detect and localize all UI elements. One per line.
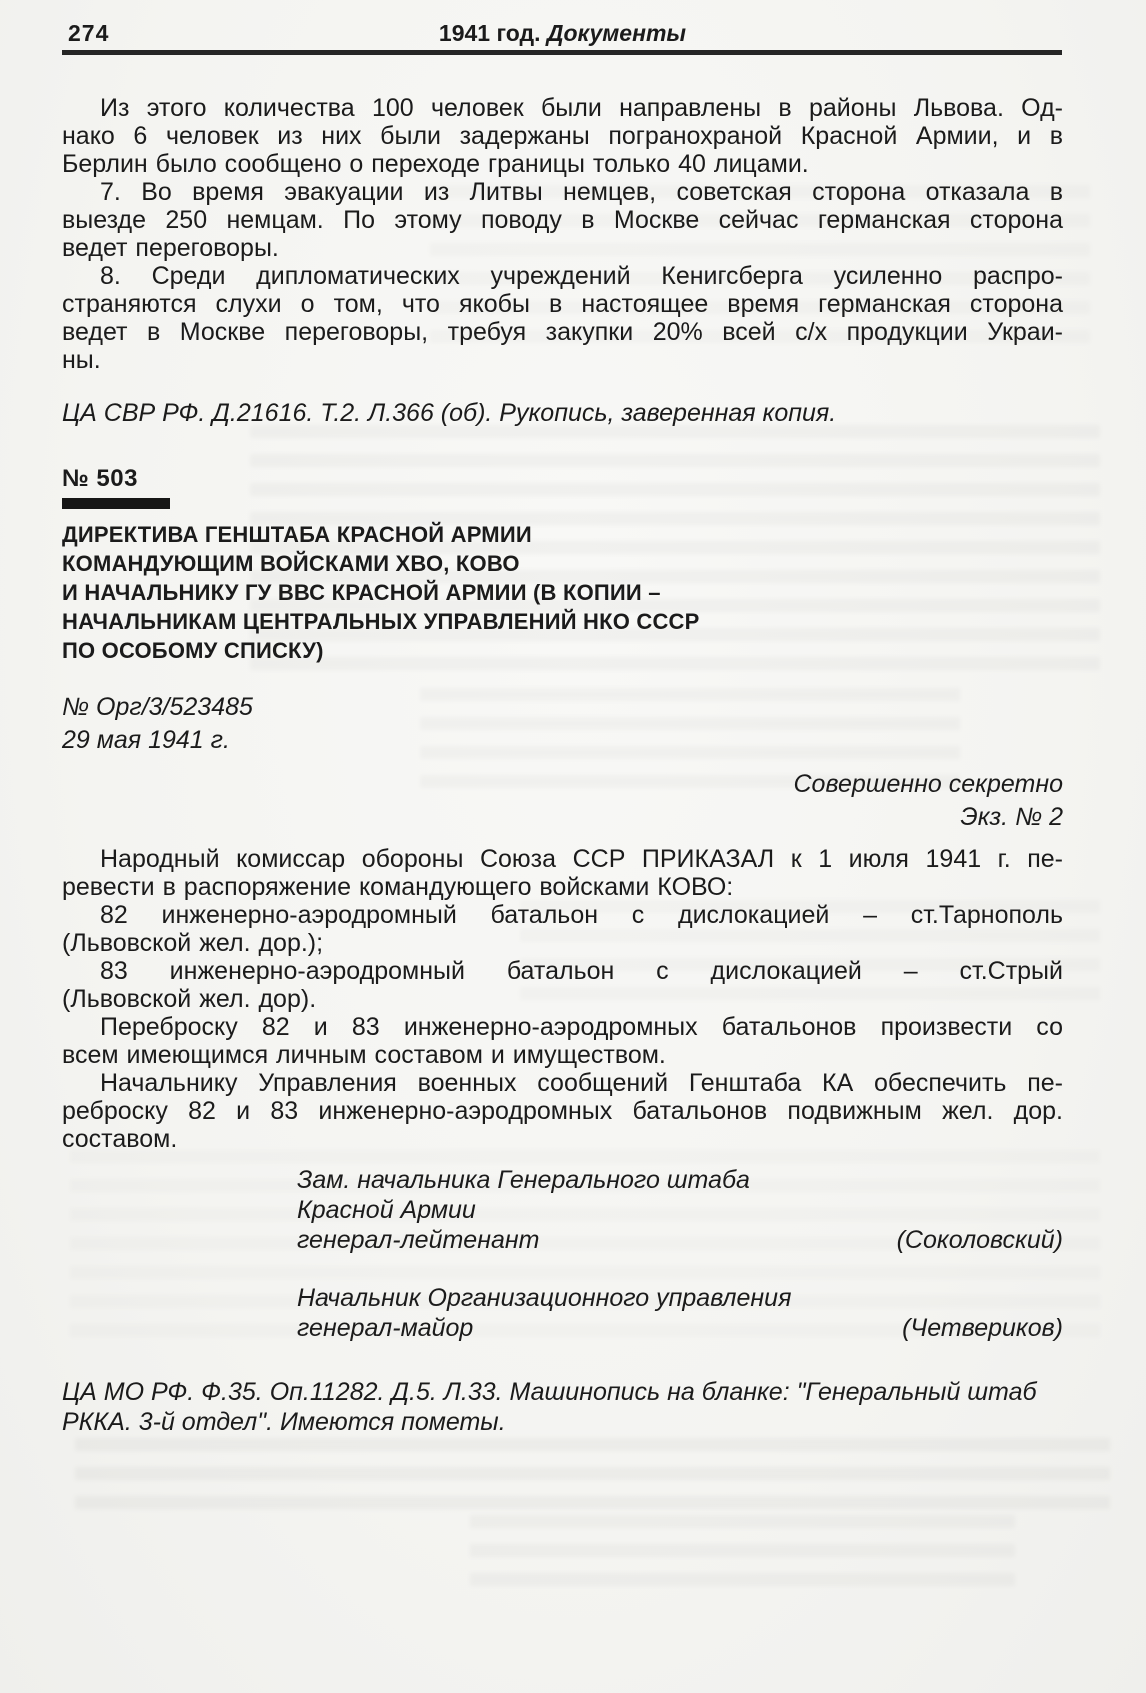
body-paragraph: Переброску 82 и 83 инженерно-аэродромных…: [62, 1013, 1063, 1069]
paragraph-line: 7. Во время эвакуации из Литвы немцев, с…: [62, 178, 1063, 206]
paragraph-line: Берлин было сообщено о переходе границы …: [62, 150, 1063, 178]
copy-number: Экз. № 2: [62, 801, 1063, 834]
paragraph-line: (Львовской жел. дор).: [62, 985, 1063, 1013]
paragraph-line: ны.: [62, 346, 1063, 374]
document-title-line: НАЧАЛЬНИКАМ ЦЕНТРАЛЬНЫХ УПРАВЛЕНИЙ НКО С…: [62, 607, 1063, 636]
document-title-line: КОМАНДУЮЩИМ ВОЙСКАМИ ХВО, КОВО: [62, 549, 1063, 578]
archive-citation-bottom: ЦА МО РФ. Ф.35. Оп.11282. Д.5. Л.33. Маш…: [62, 1377, 1063, 1437]
paragraph-line: 8. Среди дипломатических учреждений Кени…: [62, 262, 1063, 290]
paragraph-line: страняются слухи о том, что якобы в наст…: [62, 290, 1063, 318]
citation-line: ЦА МО РФ. Ф.35. Оп.11282. Д.5. Л.33. Маш…: [62, 1377, 1063, 1407]
paragraph-line: Переброску 82 и 83 инженерно-аэродромных…: [62, 1013, 1063, 1041]
paragraph-line: 82 инженерно-аэродромный батальон с дисл…: [62, 901, 1063, 929]
signature-position-line: Красной Армии: [297, 1195, 1063, 1225]
signature-name: (Соколовский): [897, 1225, 1063, 1255]
document-body: Народный комиссар обороны Союза ССР ПРИК…: [62, 845, 1063, 1153]
document-title-line: ПО ОСОБОМУ СПИСКУ): [62, 636, 1063, 665]
paragraph-line: ведет в Москве переговоры, требуя закупк…: [62, 318, 1063, 346]
signature-name: (Четвериков): [902, 1313, 1063, 1343]
document-title-line: И НАЧАЛЬНИКУ ГУ ВВС КРАСНОЙ АРМИИ (В КОП…: [62, 578, 1063, 607]
body-paragraph: 83 инженерно-аэродромный батальон с дисл…: [62, 957, 1063, 1013]
paragraph: 8. Среди дипломатических учреждений Кени…: [62, 262, 1063, 374]
document-reference: № Орг/3/523485 29 мая 1941 г.: [62, 691, 1063, 757]
signature-position-line: Начальник Организационного управления: [297, 1283, 1063, 1313]
archive-citation: ЦА СВР РФ. Д.21616. Т.2. Л.366 (об). Рук…: [62, 398, 1063, 428]
bleed-through-artifact: [75, 1438, 1110, 1513]
previous-document-text: Из этого количества 100 человек были нап…: [62, 94, 1063, 374]
paragraph-line: выезде 250 немцам. По этому поводу в Мос…: [62, 206, 1063, 234]
paragraph-line: ревести в распоряжение командующего войс…: [62, 873, 1063, 901]
signature-block: Зам. начальника Генерального штаба Красн…: [62, 1165, 1063, 1255]
body-paragraph: Начальнику Управления военных сообщений …: [62, 1069, 1063, 1153]
paragraph-line: нако 6 человек из них были задержаны пог…: [62, 122, 1063, 150]
signature-position-line: Зам. начальника Генерального штаба: [297, 1165, 1063, 1195]
paragraph-line: Начальнику Управления военных сообщений …: [62, 1069, 1063, 1097]
section-divider-bar: [62, 498, 170, 509]
signature-block: Начальник Организационного управления ге…: [62, 1283, 1063, 1343]
paragraph-line: всем имеющимся личным составом и имущест…: [62, 1041, 1063, 1069]
citation-line: РККА. 3-й отдел". Имеются пометы.: [62, 1407, 1063, 1437]
paragraph-line: реброску 82 и 83 инженерно-аэродромных б…: [62, 1097, 1063, 1125]
page-body: Из этого количества 100 человек были нап…: [62, 0, 1063, 1437]
document-date: 29 мая 1941 г.: [62, 724, 1063, 757]
scanned-book-page: 274 1941 год. Документы Из этого количес…: [0, 0, 1146, 1693]
signature-rank: генерал-лейтенант: [297, 1225, 539, 1255]
document-ref-number: № Орг/3/523485: [62, 691, 1063, 724]
paragraph: Из этого количества 100 человек были нап…: [62, 94, 1063, 178]
paragraph: 7. Во время эвакуации из Литвы немцев, с…: [62, 178, 1063, 262]
classification-label: Совершенно секретно: [62, 768, 1063, 801]
classification-stamp: Совершенно секретно Экз. № 2: [62, 768, 1063, 834]
paragraph-line: (Львовской жел. дор.);: [62, 929, 1063, 957]
document-title-line: ДИРЕКТИВА ГЕНШТАБА КРАСНОЙ АРМИИ: [62, 520, 1063, 549]
paragraph-line: Из этого количества 100 человек были нап…: [62, 94, 1063, 122]
signature-rank: генерал-майор: [297, 1313, 473, 1343]
body-paragraph: 82 инженерно-аэродромный батальон с дисл…: [62, 901, 1063, 957]
paragraph-line: ведет переговоры.: [62, 234, 1063, 262]
body-paragraph: Народный комиссар обороны Союза ССР ПРИК…: [62, 845, 1063, 901]
paragraph-line: составом.: [62, 1125, 1063, 1153]
paragraph-line: Народный комиссар обороны Союза ССР ПРИК…: [62, 845, 1063, 873]
paragraph-line: 83 инженерно-аэродромный батальон с дисл…: [62, 957, 1063, 985]
bleed-through-artifact: [470, 1515, 1015, 1590]
document-number: № 503: [62, 465, 1063, 493]
document-title: ДИРЕКТИВА ГЕНШТАБА КРАСНОЙ АРМИИ КОМАНДУ…: [62, 520, 1063, 665]
